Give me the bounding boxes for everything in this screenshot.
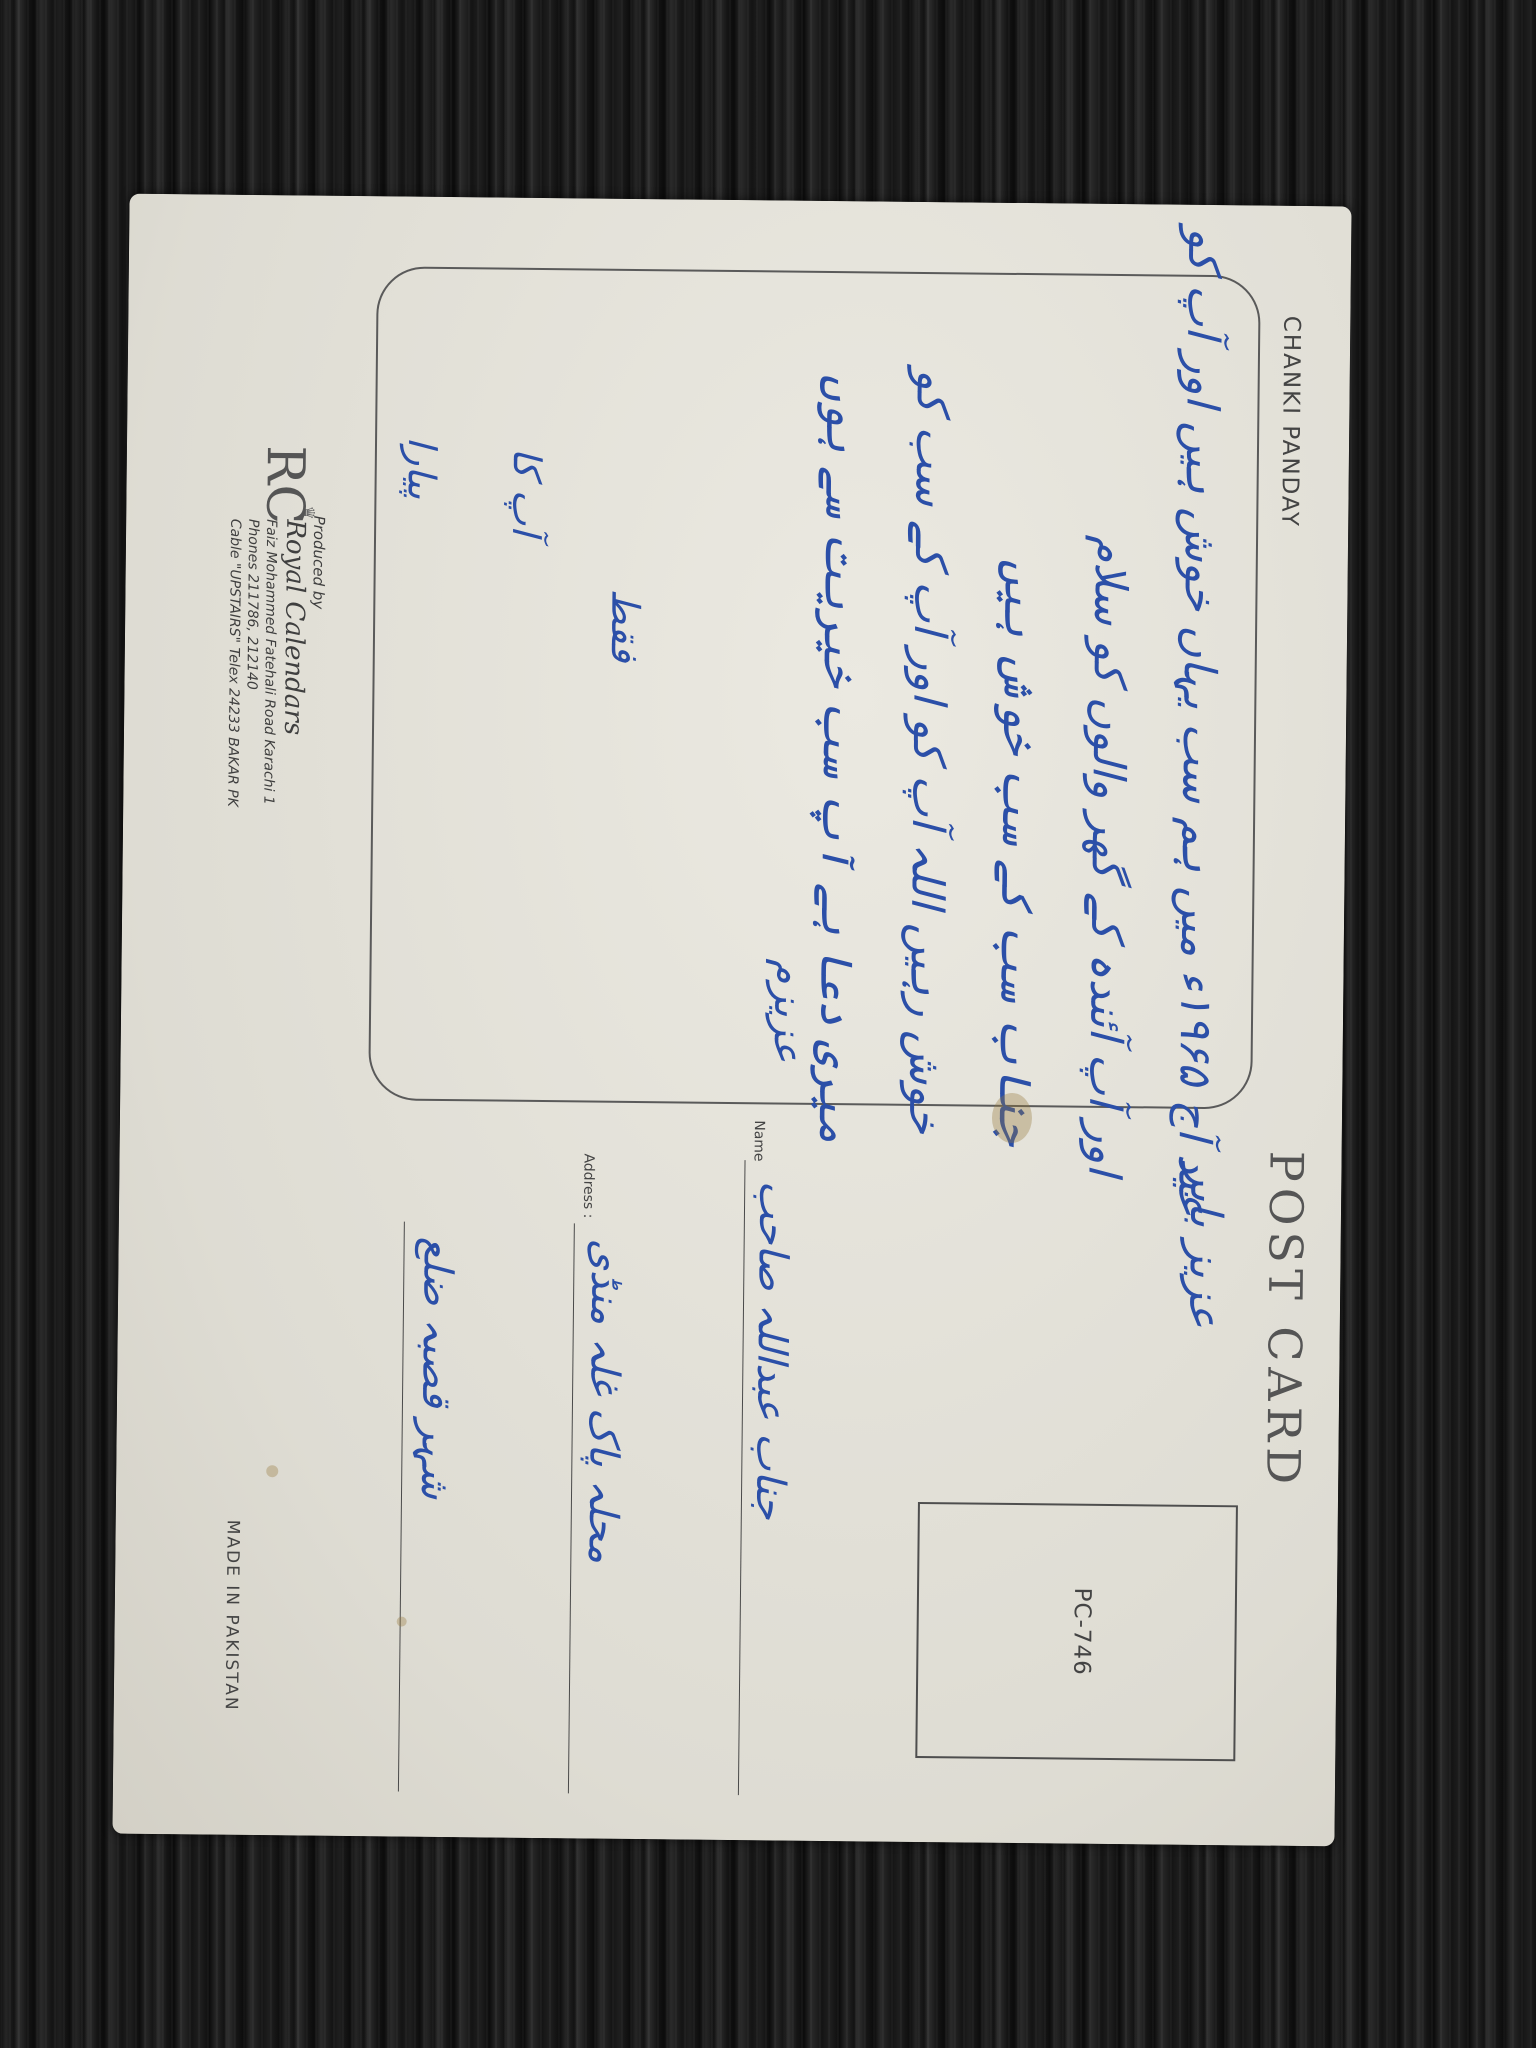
producer-block: ♛ RC Produced by Royal Calendars Faiz Mo… [223,435,329,808]
producer-address: Faiz Mohammed Fatehali Road Karachi 1 [259,519,280,807]
postcard-title: POST CARD [1256,1151,1314,1491]
origin-label: MADE IN PAKISTAN [221,1520,243,1712]
handwritten-name: جناب عبداللہ صاحب [747,1180,797,1520]
address-line-1 [568,1223,575,1793]
artist-caption: CHANKI PANDAY [1276,316,1304,528]
handwritten-header-note: عزیز بابر [1179,1165,1232,1329]
address-label: Address : [580,1153,597,1218]
address-line-2 [398,1222,405,1792]
message-area: عزیزم عید آج ۱۹۶۵ء میں ہم سب یہاں خوش ہی… [368,266,1261,1109]
handwritten-line: میری دعا ہے آپ سب خیریت سے ہوں [809,375,868,1144]
producer-cable-telex: Cable "UPSTAIRS" Telex 24233 BAKAR PK [223,519,244,807]
stamp-box: PC-746 [915,1502,1238,1761]
handwritten-signoff: فقط [603,589,648,663]
handwritten-greeting: عزیزم [765,958,812,1062]
handwritten-signature: آپ کا [504,448,549,537]
stain [397,1617,407,1627]
royal-calendars-logo: RC [258,445,311,524]
name-label: Name [751,1120,767,1161]
handwritten-line: خوش رہیں اللہ آپ کو اور آپ کے سب کو [899,368,958,1134]
handwritten-address: شہر قصبہ ضلع [412,1237,461,1500]
produced-by-label: Produced by [307,516,328,808]
producer-name: Royal Calendars [277,519,310,807]
stain [266,1465,278,1477]
handwritten-address: محلہ پاک غلہ منڈی [579,1238,628,1563]
name-line [738,1160,746,1795]
handwritten-line: جناب سب کے سب خوش ہیں [989,559,1046,1145]
stamp-code: PC-746 [1067,1506,1096,1758]
handwritten-line: عید آج ۱۹۶۵ء میں ہم سب یہاں خوش ہیں اور … [1168,227,1229,1217]
postcard: CHANKI PANDAY عزیزم عید آج ۱۹۶۵ء میں ہم … [112,194,1351,1847]
handwritten-line: اور آپ آئندہ کے گھر والوں کو سلام [1078,535,1136,1177]
handwritten-signature: پیارا [399,436,444,499]
